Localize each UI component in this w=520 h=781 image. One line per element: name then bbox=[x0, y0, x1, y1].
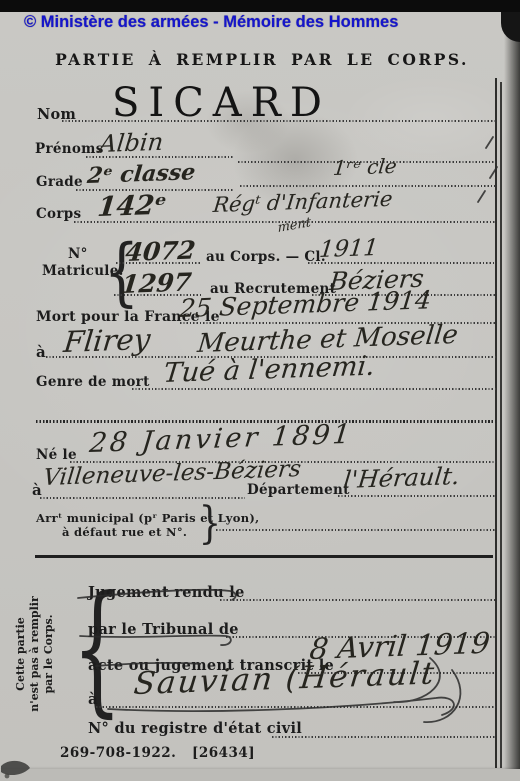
corps-tick-mark bbox=[478, 191, 485, 202]
record-card-scan: © Ministère des armées - Mémoire des Hom… bbox=[0, 0, 520, 781]
acte-strike-stroke bbox=[96, 663, 200, 666]
pen-strokes-overlay bbox=[0, 0, 520, 781]
date-descender-flourish bbox=[394, 658, 440, 702]
prenoms-tick-mark bbox=[486, 137, 493, 148]
ink-blot bbox=[0, 750, 44, 781]
sauvian-flourish-stroke bbox=[108, 698, 454, 715]
grade-tick-mark bbox=[490, 167, 497, 178]
tribunal-underline-stroke bbox=[80, 636, 231, 646]
jugement-strike-stroke bbox=[78, 590, 236, 600]
